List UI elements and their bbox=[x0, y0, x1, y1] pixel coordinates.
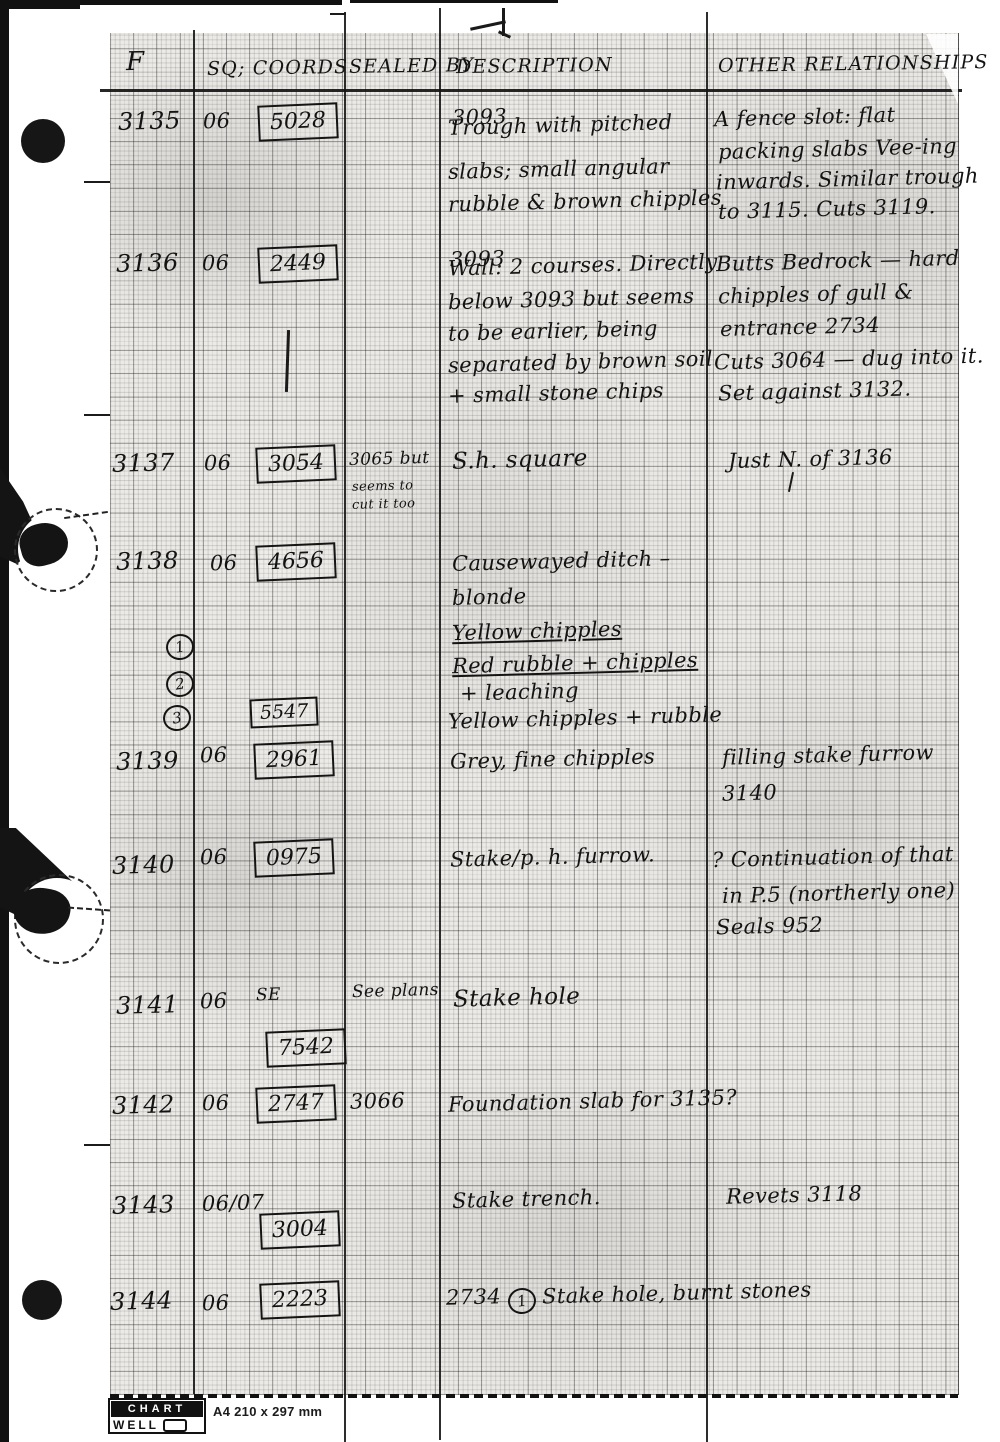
square-value: 06 bbox=[210, 552, 238, 576]
header-col-sq-coords: SQ; COORDS bbox=[207, 57, 349, 80]
feature-number: 3141 bbox=[116, 991, 179, 1019]
coords-box: 2961 bbox=[253, 740, 334, 779]
description-line: blonde bbox=[452, 585, 527, 610]
punch-hole-bottom bbox=[22, 1280, 62, 1320]
coords-box: 5028 bbox=[257, 102, 338, 141]
coords-box: 2747 bbox=[255, 1084, 336, 1123]
chartwell-logo-well: WELL bbox=[113, 1418, 159, 1432]
sealed-by-value: 2734 bbox=[446, 1285, 502, 1310]
margin-tick-1 bbox=[84, 181, 110, 183]
scanned-context-register-page: F SQ; COORDS SEALED BY DESCRIPTION OTHER… bbox=[0, 0, 1000, 1442]
header-col-f: F bbox=[126, 48, 146, 77]
grid-bottom-dashed-edge bbox=[110, 1394, 958, 1398]
pen-tick-top bbox=[330, 13, 346, 15]
sealed-by-value: 3065 but bbox=[349, 449, 430, 470]
header-underline bbox=[100, 89, 962, 92]
chartwell-logo-chip bbox=[163, 1419, 187, 1432]
pen-check-mark bbox=[470, 20, 506, 30]
column-divider-f bbox=[193, 30, 195, 1394]
other-line: Revets 3118 bbox=[726, 1182, 863, 1209]
feature-number: 3139 bbox=[116, 747, 179, 775]
scan-edge-top-2 bbox=[350, 0, 558, 3]
sealed-by-note: seems to bbox=[352, 479, 414, 495]
punch-hole-top bbox=[21, 119, 65, 163]
square-value: 06/07 bbox=[202, 1191, 265, 1216]
description-line: Stake trench. bbox=[452, 1186, 601, 1213]
square-value: 06 bbox=[200, 744, 228, 768]
other-line: Seals 952 bbox=[716, 914, 824, 940]
description-line: S.h. square bbox=[452, 446, 588, 475]
column-divider-coords bbox=[344, 12, 346, 1442]
square-value: 06 bbox=[202, 1092, 230, 1116]
feature-number: 3142 bbox=[112, 1091, 175, 1119]
other-line: 3140 bbox=[722, 781, 778, 806]
margin-tick-3 bbox=[84, 1144, 110, 1146]
square-subarea: SE bbox=[256, 986, 281, 1005]
sealed-by-note: cut it too bbox=[352, 497, 416, 513]
header-col-description: DESCRIPTION bbox=[456, 55, 613, 78]
coords-box: 0975 bbox=[253, 838, 334, 877]
feature-number: 3138 bbox=[116, 547, 179, 575]
column-divider-description bbox=[706, 12, 708, 1442]
feature-number: 3136 bbox=[116, 249, 179, 277]
header-col-other-relationships: OTHER RELATIONSHIPS bbox=[718, 52, 989, 77]
feature-number: 3135 bbox=[118, 107, 181, 135]
square-value: 06 bbox=[200, 846, 228, 870]
square-value: 06 bbox=[202, 252, 230, 276]
description-line: Yellow chipples bbox=[452, 618, 623, 646]
coords-box: 4656 bbox=[255, 542, 336, 581]
other-line: entrance 2734 bbox=[720, 314, 881, 341]
coords-box: 2449 bbox=[257, 244, 338, 283]
coords-box: 7542 bbox=[265, 1028, 346, 1067]
description-line: + leaching bbox=[460, 679, 579, 705]
scan-edge-left bbox=[0, 0, 9, 1442]
column-divider-sealed bbox=[439, 8, 441, 1440]
sealed-by-value: See plans bbox=[352, 981, 439, 1002]
paper-size-label: A4 210 x 297 mm bbox=[213, 1404, 322, 1419]
square-value: 06 bbox=[200, 990, 228, 1014]
feature-number: 3140 bbox=[112, 851, 175, 879]
coords-box: 3004 bbox=[259, 1210, 340, 1249]
sealed-by-value: 3066 bbox=[350, 1089, 406, 1114]
coords-box-secondary: 5547 bbox=[249, 697, 319, 729]
coords-box: 3054 bbox=[255, 444, 336, 483]
feature-number: 3137 bbox=[112, 449, 175, 477]
feature-number: 3143 bbox=[112, 1191, 175, 1219]
feature-number: 3144 bbox=[110, 1287, 173, 1315]
scan-edge-top bbox=[80, 0, 342, 5]
scan-edge-top-left bbox=[0, 0, 80, 9]
description-line: Stake hole bbox=[453, 984, 581, 1013]
square-value: 06 bbox=[203, 110, 231, 134]
margin-tick-2 bbox=[84, 414, 110, 416]
square-value: 06 bbox=[202, 1292, 230, 1316]
chartwell-logo: CHART WELL bbox=[108, 1398, 206, 1434]
other-line: Just N. of 3136 bbox=[728, 446, 893, 473]
coords-box: 2223 bbox=[259, 1280, 340, 1319]
square-value: 06 bbox=[204, 452, 232, 476]
other-line: A fence slot: flat bbox=[714, 104, 896, 132]
chartwell-logo-chart: CHART bbox=[111, 1401, 203, 1417]
